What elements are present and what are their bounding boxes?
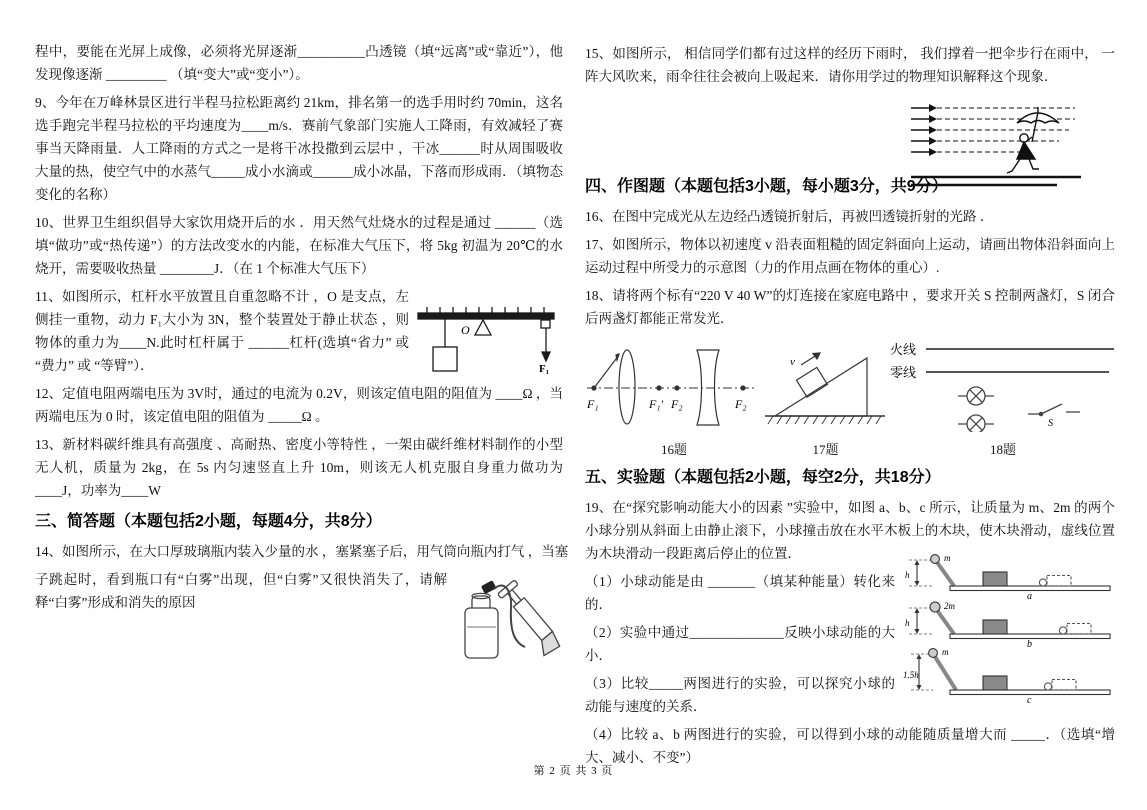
incline-triangle	[775, 358, 867, 416]
f2-right-label: F₂	[734, 397, 747, 411]
left-column: 程中，要能在光屏上成像，必须将光屏逐渐__________凸透镜（填“远离”或“…	[35, 40, 563, 662]
question-14-text: 子跳起时，看到瓶口有“白雾”出现，但“白雾”又很快消失了，请解释“白雾”形成和消…	[35, 572, 447, 610]
mass-label-b: 2m	[944, 601, 956, 611]
question-15: 15、如图所示， 相信同学们都有过这样的经历下雨时， 我们撑着一把伞步行在雨中，…	[585, 42, 1115, 88]
question-19-block: 19、在“探究影响动能大小的因素 ”实验中，如图 a、b、c 所示，让质量为 m…	[585, 496, 1115, 769]
question-17: 17、如图所示，物体以初速度 v 沿表面粗糙的固定斜面向上运动，请画出物体沿斜面…	[585, 233, 1115, 279]
hanging-weight	[433, 347, 457, 371]
section-5-heading: 五、实验题（本题包括2小题，每空2分，共18分）	[585, 467, 1115, 489]
switch-symbol	[1028, 404, 1080, 416]
figure-16-caption: 16题	[585, 439, 763, 458]
mass-label-a: m	[944, 553, 951, 563]
convex-lens	[619, 350, 635, 424]
question-13: 13、新材料碳纤维具有高强度 、高耐热、密度小等特性 ，一架由碳纤维材料制作的小…	[35, 433, 563, 502]
height-dashes	[909, 560, 933, 586]
experiment-figure-b: h 2m b	[903, 600, 1115, 648]
question-11-text: 11、如图所示，杠杆水平放置且自重忽略不计 ，O 是支点，左侧挂一重物，动力 F…	[35, 289, 409, 373]
page-number: 第 2 页 共 3 页	[0, 762, 1147, 778]
question-18: 18、请将两个标有“220 V 40 W”的灯连接在家庭电路中 ，要求开关 S …	[585, 284, 1115, 330]
switch-label: S	[1048, 418, 1053, 429]
lens-figure-block: F₁ F₁′ F₂ F₂ 16题	[585, 340, 763, 458]
lamp-symbol-1	[958, 387, 994, 405]
height-label-b: h	[905, 618, 910, 628]
energy-experiment-figures: h m a	[903, 552, 1115, 704]
ghost-block	[1047, 576, 1071, 587]
question-8-continuation: 程中，要能在光屏上成像，必须将光屏逐渐__________凸透镜（填“远离”或“…	[35, 40, 563, 86]
drawing-figures-row: F₁ F₁′ F₂ F₂ 16题	[585, 340, 1115, 458]
focus-f1p-dot	[657, 386, 661, 390]
question-16: 16、在图中完成光从左边经凸透镜折射后，再被凹透镜折射的光路 ．	[585, 205, 1115, 228]
ground-hatching	[768, 416, 881, 424]
live-wire-label: 火线	[890, 342, 916, 357]
f1-prime-label: F₁′	[648, 397, 664, 411]
force-arrowhead	[542, 352, 550, 361]
ghost-ball	[1039, 579, 1046, 586]
ball	[931, 555, 940, 564]
lever-hook	[541, 320, 550, 328]
question-15-block: 15、如图所示， 相信同学们都有过这样的经历下雨时， 我们撑着一把伞步行在雨中，…	[585, 42, 1115, 167]
incline-figure-block: v 17题	[763, 340, 888, 458]
mass-label-c: m	[942, 648, 949, 657]
lever-figure: O F₁	[415, 287, 563, 357]
figure-18-caption: 18题	[888, 439, 1118, 458]
lamp-symbol-2	[958, 415, 994, 432]
bottle-body	[465, 608, 498, 658]
fulcrum-label: O	[461, 323, 470, 337]
hand-pump	[494, 580, 563, 658]
f1-label: F₁	[586, 397, 599, 411]
question-10: 10、世界卫生组织倡导大家饮用烧开后的水 ．用天然气灶烧水的过程是通过 ____…	[35, 211, 563, 280]
fulcrum-triangle	[475, 320, 491, 335]
question-9: 9、今年在万峰林景区进行半程马拉松距离约 21km，排名第一的选手用时约 70m…	[35, 91, 563, 206]
height-label-a: h	[905, 570, 910, 580]
focus-f2-dot	[675, 386, 679, 390]
stopper	[481, 580, 497, 594]
circuit-figure-block: 火线 零线	[888, 340, 1118, 458]
caption-a: a	[1027, 591, 1032, 600]
f2-label: F₂	[670, 397, 683, 411]
bottle-pump-figure	[455, 570, 563, 662]
ray-arrowhead	[616, 354, 619, 360]
neutral-wire-label: 零线	[890, 365, 916, 380]
section-3-heading: 三、简答题（本题包括2小题，每题4分，共8分）	[35, 511, 563, 533]
umbrella-wind-figure	[909, 98, 1087, 190]
wood-block	[983, 572, 1007, 586]
height-label-c: 1.5h	[903, 670, 919, 680]
exam-page: 程中，要能在光屏上成像，必须将光屏逐渐__________凸透镜（填“远离”或“…	[0, 0, 1147, 810]
force-f1-label: F₁	[539, 363, 549, 375]
caption-b: b	[1027, 639, 1032, 648]
velocity-label: v	[790, 356, 795, 368]
question-11: O F₁ 11、如图所示，杠杆水平放置且自重忽略不计 ，O 是支点，左侧挂一重物…	[35, 285, 563, 377]
lever-bar	[418, 313, 554, 319]
wind-arrows	[911, 104, 1075, 156]
caption-c: c	[1027, 695, 1032, 704]
focus-f2r-dot	[741, 386, 745, 390]
figure-17-caption: 17题	[763, 439, 888, 458]
question-14-rest: 子跳起时，看到瓶口有“白雾”出现，但“白雾”又很快消失了，请解释“白雾”形成和消…	[35, 568, 563, 614]
person-icon	[1007, 134, 1039, 173]
incident-ray	[594, 355, 619, 388]
ground-lines	[911, 177, 1081, 185]
right-column: 15、如图所示， 相信同学们都有过这样的经历下雨时， 我们撑着一把伞步行在雨中，…	[585, 42, 1115, 774]
question-12: 12、定值电阻两端电压为 3V时，通过的电流为 0.2V，则该定值电阻的阻值为 …	[35, 382, 563, 428]
question-14-line1: 14、如图所示，在大口厚玻璃瓶内装入少量的水 ，塞紧塞子后，用气筒向瓶内打气 ，…	[35, 540, 563, 563]
board	[950, 586, 1110, 591]
experiment-figure-a: h m a	[903, 552, 1115, 600]
velocity-arrowhead	[813, 353, 820, 359]
experiment-figure-c: 1.5h m c	[903, 648, 1115, 704]
